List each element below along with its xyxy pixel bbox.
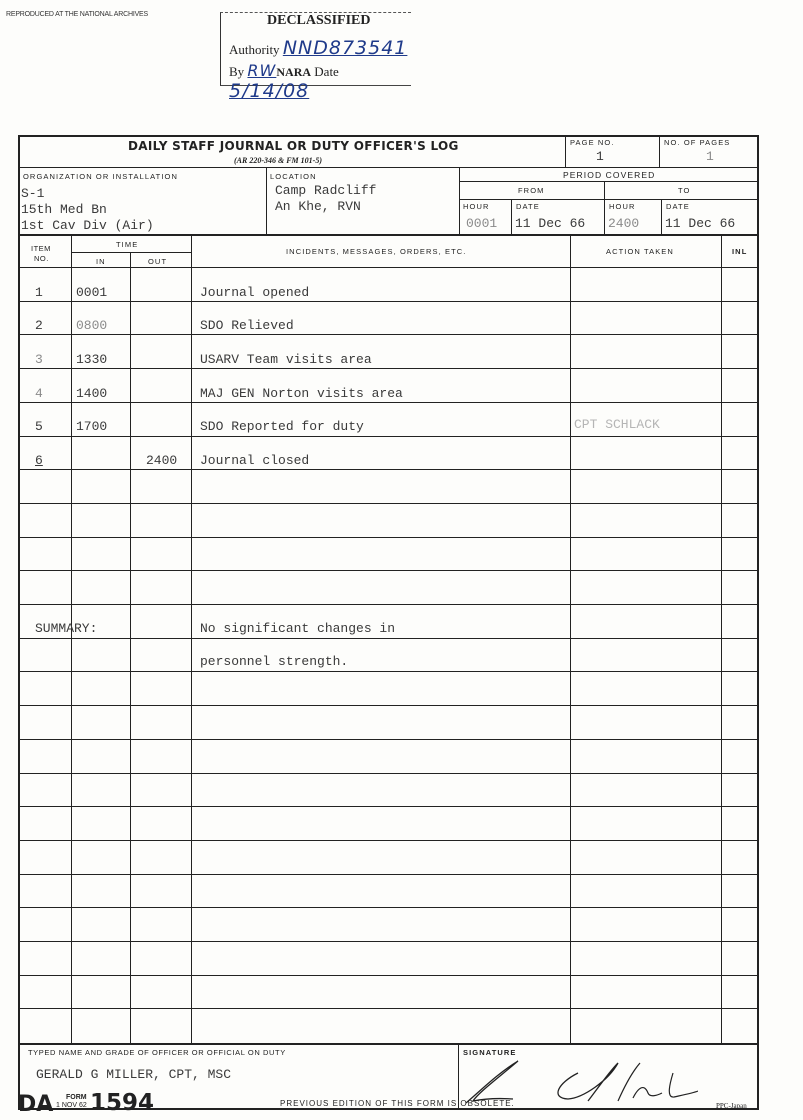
entry-incident: SDO Relieved [200, 318, 294, 333]
by-initials: RW [247, 61, 276, 80]
divider [18, 167, 759, 168]
row-line [18, 806, 759, 807]
entry-incident: Journal opened [200, 285, 309, 300]
row-line [18, 537, 759, 538]
divider [604, 181, 605, 235]
divider [659, 135, 660, 168]
col-item-2: NO. [34, 254, 49, 263]
agency: NARA [276, 65, 311, 79]
entry-in: 0001 [76, 285, 107, 300]
row-line [18, 503, 759, 504]
row-line [18, 671, 759, 672]
by-label: By [229, 64, 244, 79]
entry-item: 2 [35, 318, 43, 333]
to-date-label: DATE [666, 202, 690, 211]
row-line [18, 840, 759, 841]
col-item-1: ITEM [31, 244, 51, 253]
obsolete-note: PREVIOUS EDITION OF THIS FORM IS OBSOLET… [280, 1099, 515, 1108]
entry-incident: MAJ GEN Norton visits area [200, 386, 403, 401]
entry-in: 0800 [76, 318, 107, 333]
officer-name: GERALD G MILLER, CPT, MSC [36, 1067, 231, 1082]
row-line [18, 941, 759, 942]
col-time: TIME [116, 240, 138, 249]
from-hour-label: HOUR [463, 202, 489, 211]
form-date: 1 NOV 62 [56, 1102, 87, 1110]
stamp-by: By RWNARA Date 5/14/08 [229, 61, 411, 102]
to-label: TO [678, 186, 690, 195]
row-line [18, 874, 759, 875]
form-title: DAILY STAFF JOURNAL OR DUTY OFFICER'S LO… [128, 139, 459, 153]
stamp-date: 5/14/08 [229, 80, 309, 102]
org-line-2: 15th Med Bn [21, 202, 107, 217]
row-line [18, 604, 759, 605]
org-line-3: 1st Cav Div (Air) [21, 218, 154, 233]
entry-in: 1400 [76, 386, 107, 401]
from-label: FROM [518, 186, 544, 195]
page-no: 1 [596, 149, 604, 164]
col-divider [130, 252, 131, 1043]
location-line-2: An Khe, RVN [275, 199, 361, 214]
divider [18, 234, 759, 236]
officer-label: TYPED NAME AND GRADE OF OFFICER OR OFFIC… [28, 1048, 286, 1057]
entry-incident: SDO Reported for duty [200, 419, 364, 434]
form-number: 1594 [90, 1090, 154, 1116]
divider [266, 167, 267, 235]
entry-incident: Journal closed [200, 453, 309, 468]
to-hour-label: HOUR [609, 202, 635, 211]
row-line [18, 570, 759, 571]
divider [18, 1043, 759, 1045]
row-line [18, 469, 759, 470]
entry-out: 2400 [146, 453, 177, 468]
divider [661, 199, 662, 235]
from-date-label: DATE [516, 202, 540, 211]
entry-in: 1330 [76, 352, 107, 367]
entry-item: 3 [35, 352, 43, 367]
row-line [18, 907, 759, 908]
col-out: OUT [148, 257, 167, 266]
divider [459, 167, 460, 235]
form-word: FORM 1 NOV 62 [56, 1094, 87, 1110]
no-of-pages: 1 [706, 149, 714, 164]
location-label: LOCATION [270, 172, 317, 181]
authority-label: Authority [229, 42, 280, 57]
row-line [18, 301, 759, 302]
row-line [18, 368, 759, 369]
printer-note: PPC-Japan [716, 1102, 747, 1110]
authority-value: NND873541 [283, 37, 408, 59]
divider [459, 199, 759, 200]
entry-item: 5 [35, 419, 43, 434]
entry-item: 4 [35, 386, 43, 401]
stamp-title: DECLASSIFIED [267, 13, 370, 29]
col-incidents: INCIDENTS, MESSAGES, ORDERS, ETC. [286, 247, 467, 256]
stamp-authority: Authority NND873541 [229, 37, 407, 59]
row-line [18, 975, 759, 976]
col-inl: INL [732, 247, 747, 256]
entry-in: 1700 [76, 419, 107, 434]
page-no-label: PAGE NO. [570, 138, 615, 147]
form-label: FORM [56, 1094, 87, 1102]
row-line [18, 334, 759, 335]
date-label: Date [314, 64, 339, 79]
row-line [18, 267, 759, 268]
divider [459, 181, 759, 182]
to-hour: 2400 [608, 216, 639, 231]
row-line [18, 739, 759, 740]
journal-form: DAILY STAFF JOURNAL OR DUTY OFFICER'S LO… [18, 135, 761, 1112]
row-line [18, 1008, 759, 1009]
divider [565, 135, 566, 168]
from-date: 11 Dec 66 [515, 216, 585, 231]
divider [511, 199, 512, 235]
summary-label: SUMMARY: [35, 621, 97, 636]
entry-incident: USARV Team visits area [200, 352, 372, 367]
row-line [18, 705, 759, 706]
row-line [18, 638, 759, 639]
col-action: ACTION TAKEN [606, 247, 674, 256]
row-line [18, 773, 759, 774]
organization-label: ORGANIZATION OR INSTALLATION [23, 172, 178, 181]
location-line-1: Camp Radcliff [275, 183, 376, 198]
form-prefix: DA [18, 1092, 53, 1117]
divider [71, 252, 191, 253]
entry-action: CPT SCHLACK [574, 417, 660, 432]
row-line [18, 436, 759, 437]
to-date: 11 Dec 66 [665, 216, 735, 231]
entry-item: 6 [35, 453, 43, 468]
archives-note: REPRODUCED AT THE NATIONAL ARCHIVES [6, 11, 148, 18]
no-of-pages-label: NO. OF PAGES [664, 138, 730, 147]
org-line-1: S-1 [21, 186, 44, 201]
declassified-stamp: DECLASSIFIED Authority NND873541 By RWNA… [220, 12, 411, 86]
from-hour: 0001 [466, 216, 497, 231]
row-line [18, 402, 759, 403]
entry-item: 1 [35, 285, 43, 300]
summary-line-1: No significant changes in [200, 621, 395, 636]
period-label: PERIOD COVERED [563, 170, 655, 180]
col-in: IN [96, 257, 106, 266]
form-subtitle: (AR 220-346 & FM 101-5) [234, 156, 322, 165]
summary-line-2: personnel strength. [200, 654, 348, 669]
